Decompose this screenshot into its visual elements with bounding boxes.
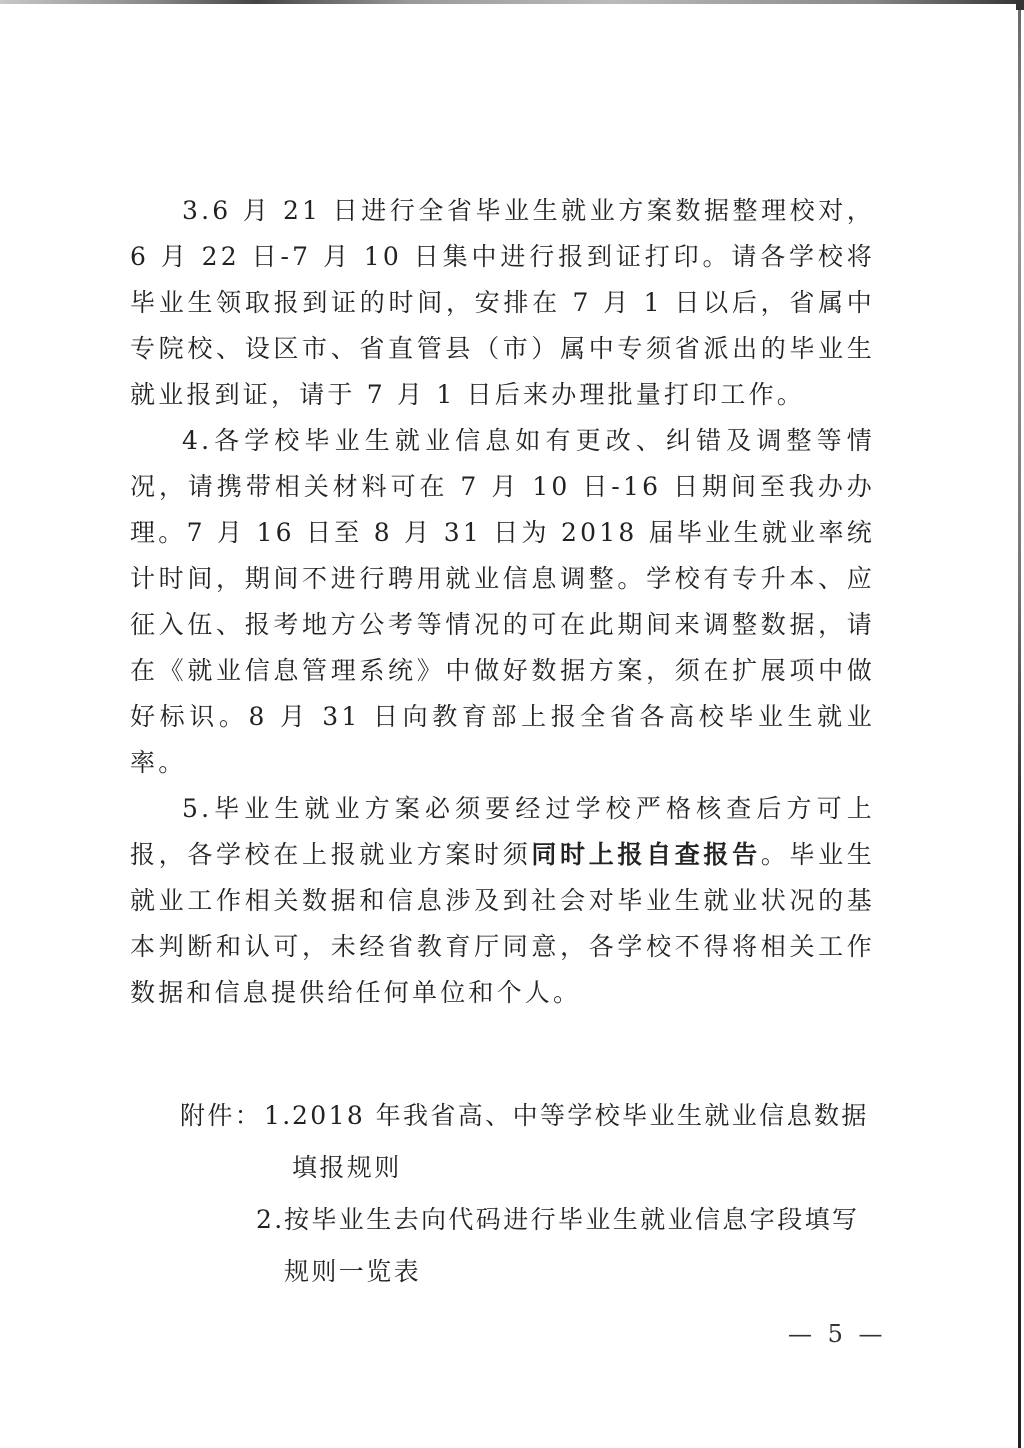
attachment-title: 按毕业生去向代码进行毕业生就业信息字段填写规则一览表: [284, 1194, 864, 1298]
attachment-title: 2018 年我省高、中等学校毕业生就业信息数据填报规则: [292, 1090, 872, 1194]
scan-corner-mark: [1016, 0, 1024, 10]
document-body: 3.6 月 21 日进行全省毕业生就业方案数据整理校对，6 月 22 日-7 月…: [130, 188, 875, 1016]
page-number: — 5 —: [788, 1320, 887, 1348]
attachments-label: 附件：: [180, 1090, 264, 1194]
attachments-section: 附件： 1. 2018 年我省高、中等学校毕业生就业信息数据填报规则 2. 按毕…: [180, 1090, 880, 1298]
attachment-number: 1.: [264, 1090, 292, 1194]
scan-edge-top: [0, 0, 1024, 4]
scan-edge-right: [1018, 0, 1021, 1448]
paragraph-item-4: 4.各学校毕业生就业信息如有更改、纠错及调整等情况，请携带相关材料可在 7 月 …: [130, 418, 875, 786]
paragraph-item-5: 5.毕业生就业方案必须要经过学校严格核查后方可上报，各学校在上报就业方案时须同时…: [130, 786, 875, 1016]
paragraph-text: 4.各学校毕业生就业信息如有更改、纠错及调整等情况，请携带相关材料可在 7 月 …: [130, 426, 875, 777]
paragraph-item-3: 3.6 月 21 日进行全省毕业生就业方案数据整理校对，6 月 22 日-7 月…: [130, 188, 875, 418]
attachment-row-1: 附件： 1. 2018 年我省高、中等学校毕业生就业信息数据填报规则: [180, 1090, 880, 1194]
bold-emphasis-text: 同时上报自查报告: [531, 840, 760, 869]
attachment-number: 2.: [256, 1194, 284, 1298]
paragraph-text: 3.6 月 21 日进行全省毕业生就业方案数据整理校对，6 月 22 日-7 月…: [130, 196, 875, 409]
attachment-row-2: 2. 按毕业生去向代码进行毕业生就业信息字段填写规则一览表: [180, 1194, 880, 1298]
